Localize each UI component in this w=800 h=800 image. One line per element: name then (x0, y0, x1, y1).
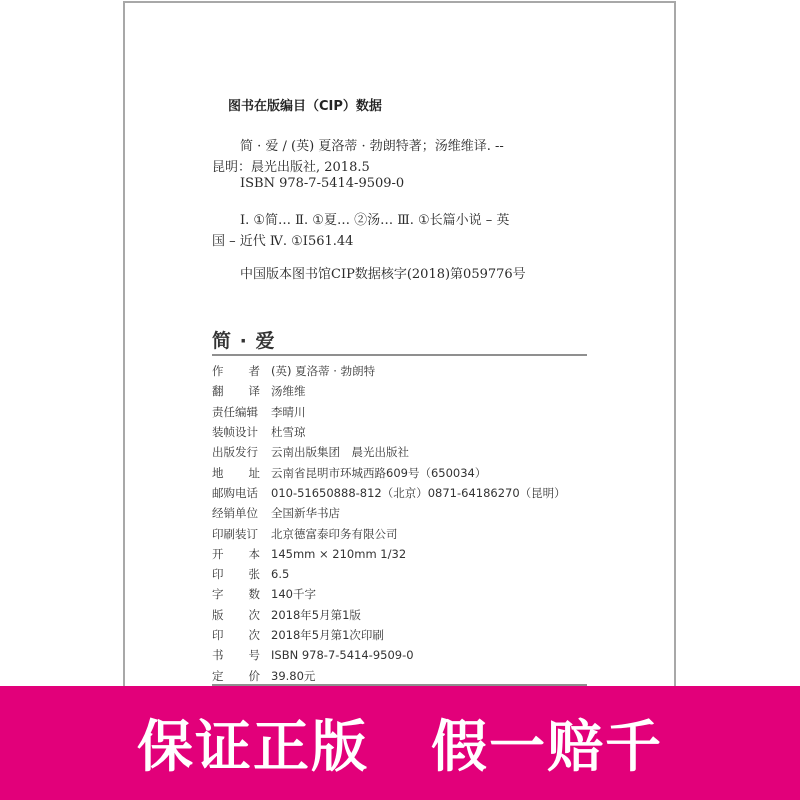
detail-value: 云南出版集团 晨光出版社 (271, 444, 587, 460)
detail-label: 邮购电话 (212, 485, 260, 501)
detail-label: 开本 (212, 546, 260, 562)
detail-label: 地址 (212, 465, 260, 481)
detail-row: 邮购电话010-51650888-812（北京）0871-64186270（昆明… (212, 483, 587, 503)
detail-row: 版次2018年5月第1版 (212, 605, 587, 625)
detail-row: 印张6.5 (212, 564, 587, 584)
detail-value: 北京德富泰印务有限公司 (271, 526, 587, 542)
detail-row: 书号ISBN 978-7-5414-9509-0 (212, 645, 587, 665)
detail-label: 出版发行 (212, 444, 260, 460)
detail-label: 字数 (212, 586, 260, 602)
detail-value: 145mm × 210mm 1/32 (271, 547, 587, 561)
detail-value: 杜雪琼 (271, 424, 587, 440)
book-title: 简 · 爱 (212, 326, 275, 353)
detail-value: 6.5 (271, 567, 587, 581)
book-details: 作者(英) 夏洛蒂 · 勃朗特 翻译汤维维 责任编辑李晴川 装帧设计杜雪琼 出版… (212, 361, 587, 686)
cip-line: 简 · 爱 / (英) 夏洛蒂 · 勃朗特著；汤维维译. -- (240, 135, 504, 154)
detail-row: 经销单位全国新华书店 (212, 503, 587, 523)
cip-line: 昆明：晨光出版社, 2018.5 (212, 156, 370, 175)
detail-label: 作者 (212, 363, 260, 379)
detail-row: 作者(英) 夏洛蒂 · 勃朗特 (212, 361, 587, 381)
detail-row: 定价39.80元 (212, 665, 587, 685)
detail-label: 印次 (212, 627, 260, 643)
detail-label: 装帧设计 (212, 424, 260, 440)
detail-label: 书号 (212, 647, 260, 663)
detail-label: 版次 (212, 607, 260, 623)
detail-row: 印次2018年5月第1次印刷 (212, 625, 587, 645)
cip-line: ISBN 978-7-5414-9509-0 (240, 176, 404, 191)
detail-row: 印刷装订北京德富泰印务有限公司 (212, 523, 587, 543)
detail-value: 2018年5月第1版 (271, 607, 587, 623)
detail-value: 140千字 (271, 586, 587, 602)
detail-label: 翻译 (212, 383, 260, 399)
cip-line: 中国版本图书馆CIP数据核字(2018)第059776号 (240, 263, 526, 282)
guarantee-banner: 保证正版 假一赔千 (0, 686, 800, 800)
detail-value: 云南省昆明市环城西路609号（650034） (271, 465, 587, 481)
detail-row: 责任编辑李晴川 (212, 402, 587, 422)
detail-value: 2018年5月第1次印刷 (271, 627, 587, 643)
title-divider (212, 354, 587, 356)
cip-line: Ⅰ. ①简… Ⅱ. ①夏… ②汤… Ⅲ. ①长篇小说 – 英 (240, 209, 509, 228)
detail-row: 翻译汤维维 (212, 381, 587, 401)
detail-label: 印张 (212, 566, 260, 582)
detail-value: 010-51650888-812（北京）0871-64186270（昆明） (271, 485, 587, 501)
detail-value: 39.80元 (271, 668, 587, 684)
detail-value: 全国新华书店 (271, 505, 587, 521)
detail-row: 开本145mm × 210mm 1/32 (212, 544, 587, 564)
detail-label: 定价 (212, 668, 260, 684)
detail-label: 责任编辑 (212, 404, 260, 420)
detail-row: 出版发行云南出版集团 晨光出版社 (212, 442, 587, 462)
detail-row: 字数140千字 (212, 584, 587, 604)
detail-label: 印刷装订 (212, 526, 260, 542)
detail-value: 汤维维 (271, 383, 587, 399)
detail-row: 地址云南省昆明市环城西路609号（650034） (212, 462, 587, 482)
detail-row: 装帧设计杜雪琼 (212, 422, 587, 442)
detail-value: (英) 夏洛蒂 · 勃朗特 (271, 363, 587, 379)
banner-right-text: 假一赔千 (431, 703, 663, 783)
detail-label: 经销单位 (212, 505, 260, 521)
cip-line: 国 – 近代 Ⅳ. ①I561.44 (212, 230, 353, 249)
detail-value: ISBN 978-7-5414-9509-0 (271, 648, 587, 662)
cip-heading: 图书在版编目（CIP）数据 (228, 95, 382, 114)
banner-left-text: 保证正版 (137, 703, 369, 783)
detail-value: 李晴川 (271, 404, 587, 420)
